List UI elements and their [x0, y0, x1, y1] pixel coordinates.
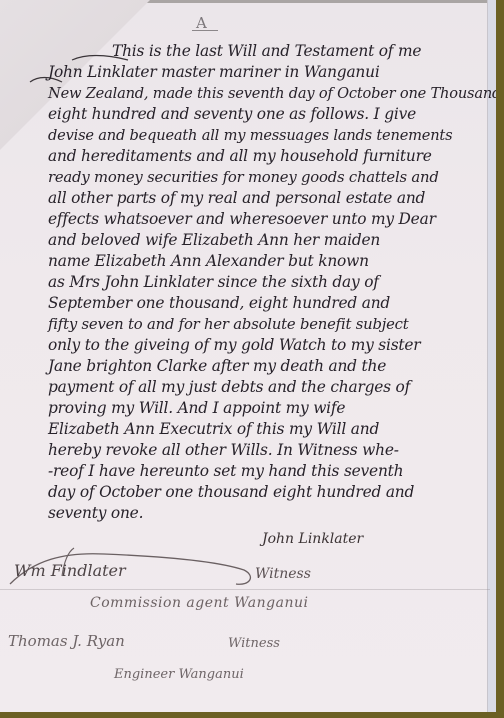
body-line: Elizabeth Ann Executrix of this my Will … — [48, 419, 488, 440]
body-line: -reof I have hereunto set my hand this s… — [48, 461, 488, 482]
body-line: hereby revoke all other Wills. In Witnes… — [48, 440, 488, 461]
witness-2-role: Witness — [228, 636, 280, 651]
body-line: John Linklater master mariner in Wanganu… — [48, 62, 488, 83]
will-body: This is the last Will and Testament of m… — [48, 41, 488, 524]
body-line: name Elizabeth Ann Alexander but known — [48, 251, 488, 272]
page-mark: A — [196, 14, 208, 32]
body-line: and hereditaments and all my household f… — [48, 146, 488, 167]
body-line: ready money securities for money goods c… — [48, 167, 488, 188]
witness-1-occupation: Commission agent Wanganui — [90, 595, 308, 611]
witness-1-name: Wm Findlater — [14, 561, 126, 580]
body-line: all other parts of my real and personal … — [48, 188, 488, 209]
document-frame: A This is the last Will and Testament of… — [0, 0, 504, 718]
body-line: payment of all my just debts and the cha… — [48, 377, 488, 398]
page-mark-underline — [192, 30, 218, 31]
body-line: only to the giveing of my gold Watch to … — [48, 335, 488, 356]
body-line: fifty seven to and for her absolute bene… — [48, 314, 488, 335]
page-top-edge — [128, 0, 496, 3]
body-line: day of October one thousand eight hundre… — [48, 482, 488, 503]
body-line: as Mrs John Linklater since the sixth da… — [48, 272, 488, 293]
body-line: New Zealand, made this seventh day of Oc… — [48, 83, 488, 104]
body-line: This is the last Will and Testament of m… — [48, 41, 488, 62]
testator-signature: John Linklater — [262, 531, 363, 547]
body-line: Jane brighton Clarke after my death and … — [48, 356, 488, 377]
body-line: devise and bequeath all my messuages lan… — [48, 125, 488, 146]
body-line: proving my Will. And I appoint my wife — [48, 398, 488, 419]
witness-2-name: Thomas J. Ryan — [8, 632, 125, 650]
witness-1-role: Witness — [255, 566, 311, 582]
right-margin-strip — [487, 0, 496, 712]
body-line: eight hundred and seventy one as follows… — [48, 104, 488, 125]
body-line: September one thousand, eight hundred an… — [48, 293, 488, 314]
body-line: effects whatsoever and wheresoever unto … — [48, 209, 488, 230]
fold-line — [0, 589, 490, 590]
body-line: seventy one. — [48, 503, 488, 524]
will-page: A This is the last Will and Testament of… — [0, 0, 496, 712]
body-line: and beloved wife Elizabeth Ann her maide… — [48, 230, 488, 251]
witness-2-occupation: Engineer Wanganui — [114, 667, 244, 682]
